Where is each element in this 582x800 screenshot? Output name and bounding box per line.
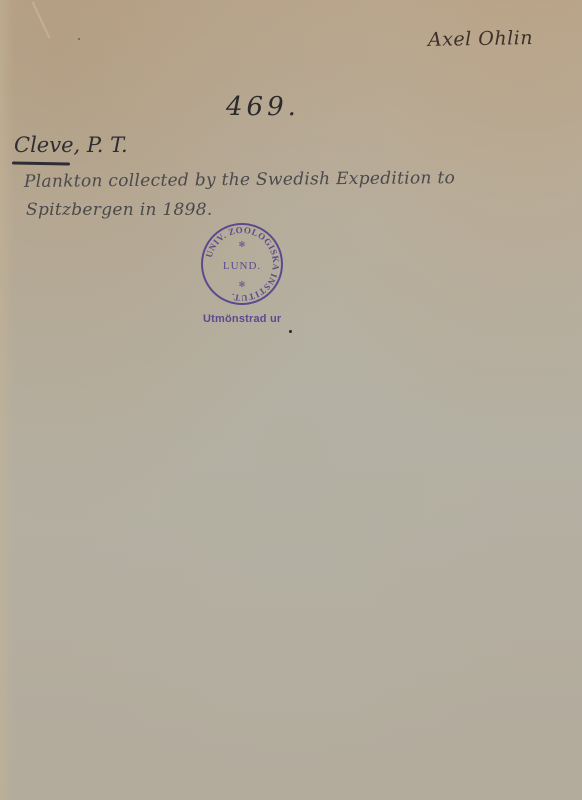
catalog-number: 469.: [226, 92, 300, 122]
author-name: Cleve, P. T.: [14, 133, 128, 157]
title-line-1: Plankton collected by the Swedish Expedi…: [24, 168, 455, 192]
stamp-center-text: LUND.: [223, 260, 261, 272]
paper-edge: [0, 0, 14, 800]
signature: Axel Ohlin: [428, 27, 533, 51]
stamp-note: Utmönstrad ur: [203, 313, 281, 325]
svg-text:✻: ✻: [239, 280, 246, 289]
paper-crease: [32, 1, 51, 38]
svg-text:✻: ✻: [239, 240, 246, 249]
author-underline: [12, 161, 70, 165]
title-line-2: Spitzbergen in 1898.: [26, 200, 213, 220]
ink-speck: [78, 38, 80, 40]
document-page: Axel Ohlin 469. Cleve, P. T. Plankton co…: [0, 0, 582, 800]
ink-speck: [289, 330, 292, 333]
library-stamp: UNIV. ZOOLOGISKA INSTITUT. ✻ LUND. ✻: [200, 222, 284, 306]
stamp-seal-icon: UNIV. ZOOLOGISKA INSTITUT. ✻ LUND. ✻: [200, 222, 284, 306]
